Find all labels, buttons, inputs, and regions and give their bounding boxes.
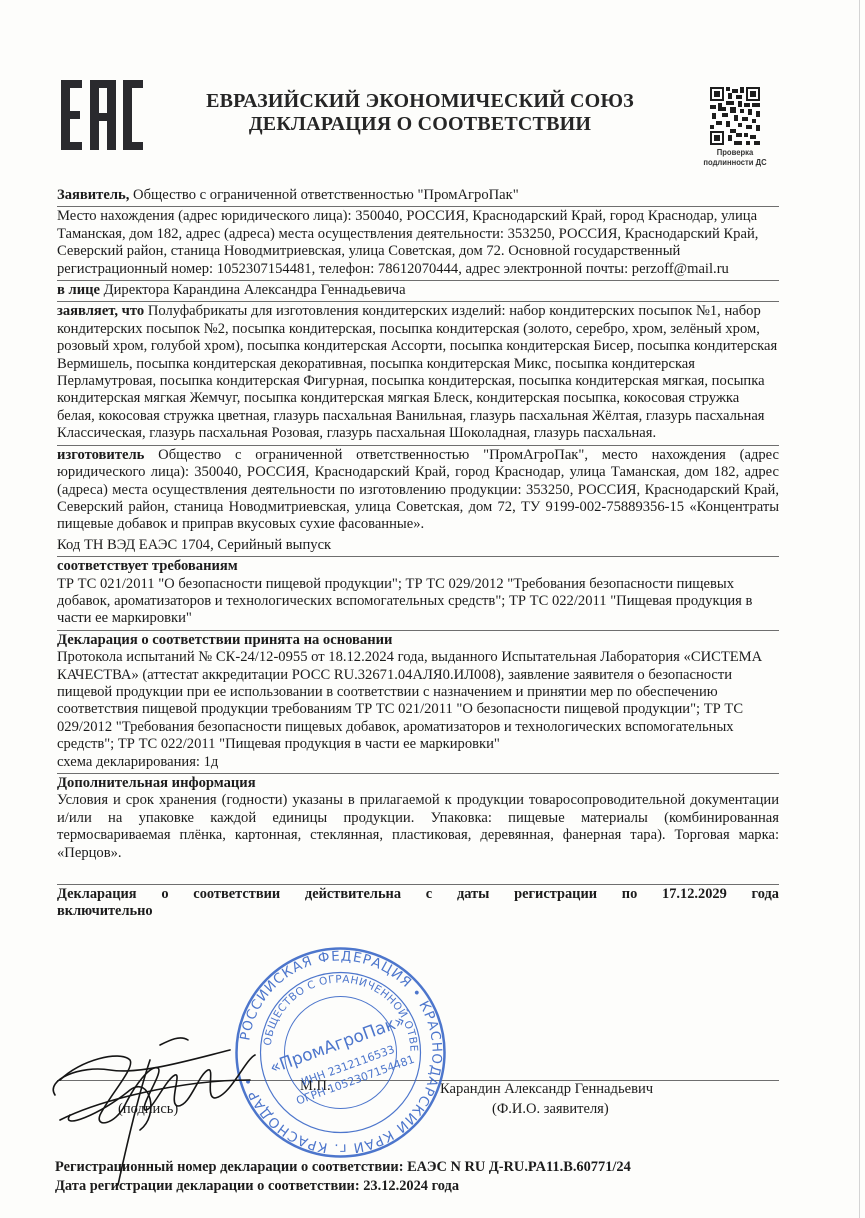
registration-block: Регистрационный номер декларации о соотв…	[55, 1158, 631, 1196]
header-declaration-title: ДЕКЛАРАЦИЯ О СООТВЕТСТВИИ	[170, 113, 670, 136]
declares-section: заявляет, что Полуфабрикаты для изготовл…	[57, 302, 779, 445]
manufacturer-text: Общество с ограниченной ответственностью…	[57, 447, 779, 533]
registration-date: Дата регистрации декларации о соответств…	[55, 1177, 631, 1196]
manufacturer-label: изготовитель	[57, 447, 144, 463]
representative-label: в лице	[57, 282, 100, 298]
declaration-body: Заявитель, Общество с ограниченной ответ…	[57, 186, 779, 923]
additional-text: Условия и срок хранения (годности) указа…	[57, 792, 779, 862]
applicant-address: Место нахождения (адрес юридического лиц…	[57, 207, 779, 281]
additional-section: Дополнительная информация Условия и срок…	[57, 774, 779, 864]
signer-name-label: (Ф.И.О. заявителя)	[492, 1101, 609, 1118]
product-list: Полуфабрикаты для изготовления кондитерс…	[57, 303, 777, 441]
divider	[57, 864, 779, 885]
basis-label: Декларация о соответствии принята на осн…	[57, 632, 779, 649]
qr-code-icon[interactable]	[710, 87, 760, 145]
company-stamp-icon: РОССИЙСКАЯ ФЕДЕРАЦИЯ • КРАСНОДАРСКИЙ КРА…	[233, 945, 448, 1160]
declares-label: заявляет, что	[57, 303, 144, 319]
conformity-text: ТР ТС 021/2011 "О безопасности пищевой п…	[57, 576, 779, 628]
additional-label: Дополнительная информация	[57, 775, 779, 792]
qr-block[interactable]: Проверка подлинности ДС	[695, 87, 775, 167]
document-header: ЕВРАЗИЙСКИЙ ЭКОНОМИЧЕСКИЙ СОЮЗ ДЕКЛАРАЦИ…	[170, 90, 670, 136]
qr-caption: Проверка подлинности ДС	[699, 147, 771, 167]
applicant-label: Заявитель,	[57, 187, 129, 203]
manufacturer-section: изготовитель Общество с ограниченной отв…	[57, 446, 779, 536]
scan-edge-line	[859, 0, 860, 1218]
applicant-name: Общество с ограниченной ответственностью…	[129, 187, 518, 203]
representative-name: Директора Карандина Александра Геннадьев…	[100, 282, 406, 298]
validity-statement: Декларация о соответствии действительна …	[57, 885, 779, 923]
basis-section: Декларация о соответствии принята на осн…	[57, 631, 779, 774]
header-union-title: ЕВРАЗИЙСКИЙ ЭКОНОМИЧЕСКИЙ СОЮЗ	[170, 90, 670, 113]
representative-section: в лице Директора Карандина Александра Ге…	[57, 281, 779, 302]
basis-text: Протокола испытаний № СК-24/12-0955 от 1…	[57, 649, 779, 753]
registration-number: Регистрационный номер декларации о соотв…	[55, 1158, 631, 1177]
declaration-scheme: схема декларирования: 1д	[57, 754, 779, 771]
hs-code: Код ТН ВЭД ЕАЭС 1704, Серийный выпуск	[57, 536, 779, 557]
applicant-section: Заявитель, Общество с ограниченной ответ…	[57, 186, 779, 207]
signer-name: Карандин Александр Геннадьевич	[440, 1081, 653, 1098]
eac-logo-icon	[61, 80, 143, 150]
conformity-section: соответствует требованиям ТР ТС 021/2011…	[57, 557, 779, 631]
conformity-label: соответствует требованиям	[57, 558, 779, 575]
